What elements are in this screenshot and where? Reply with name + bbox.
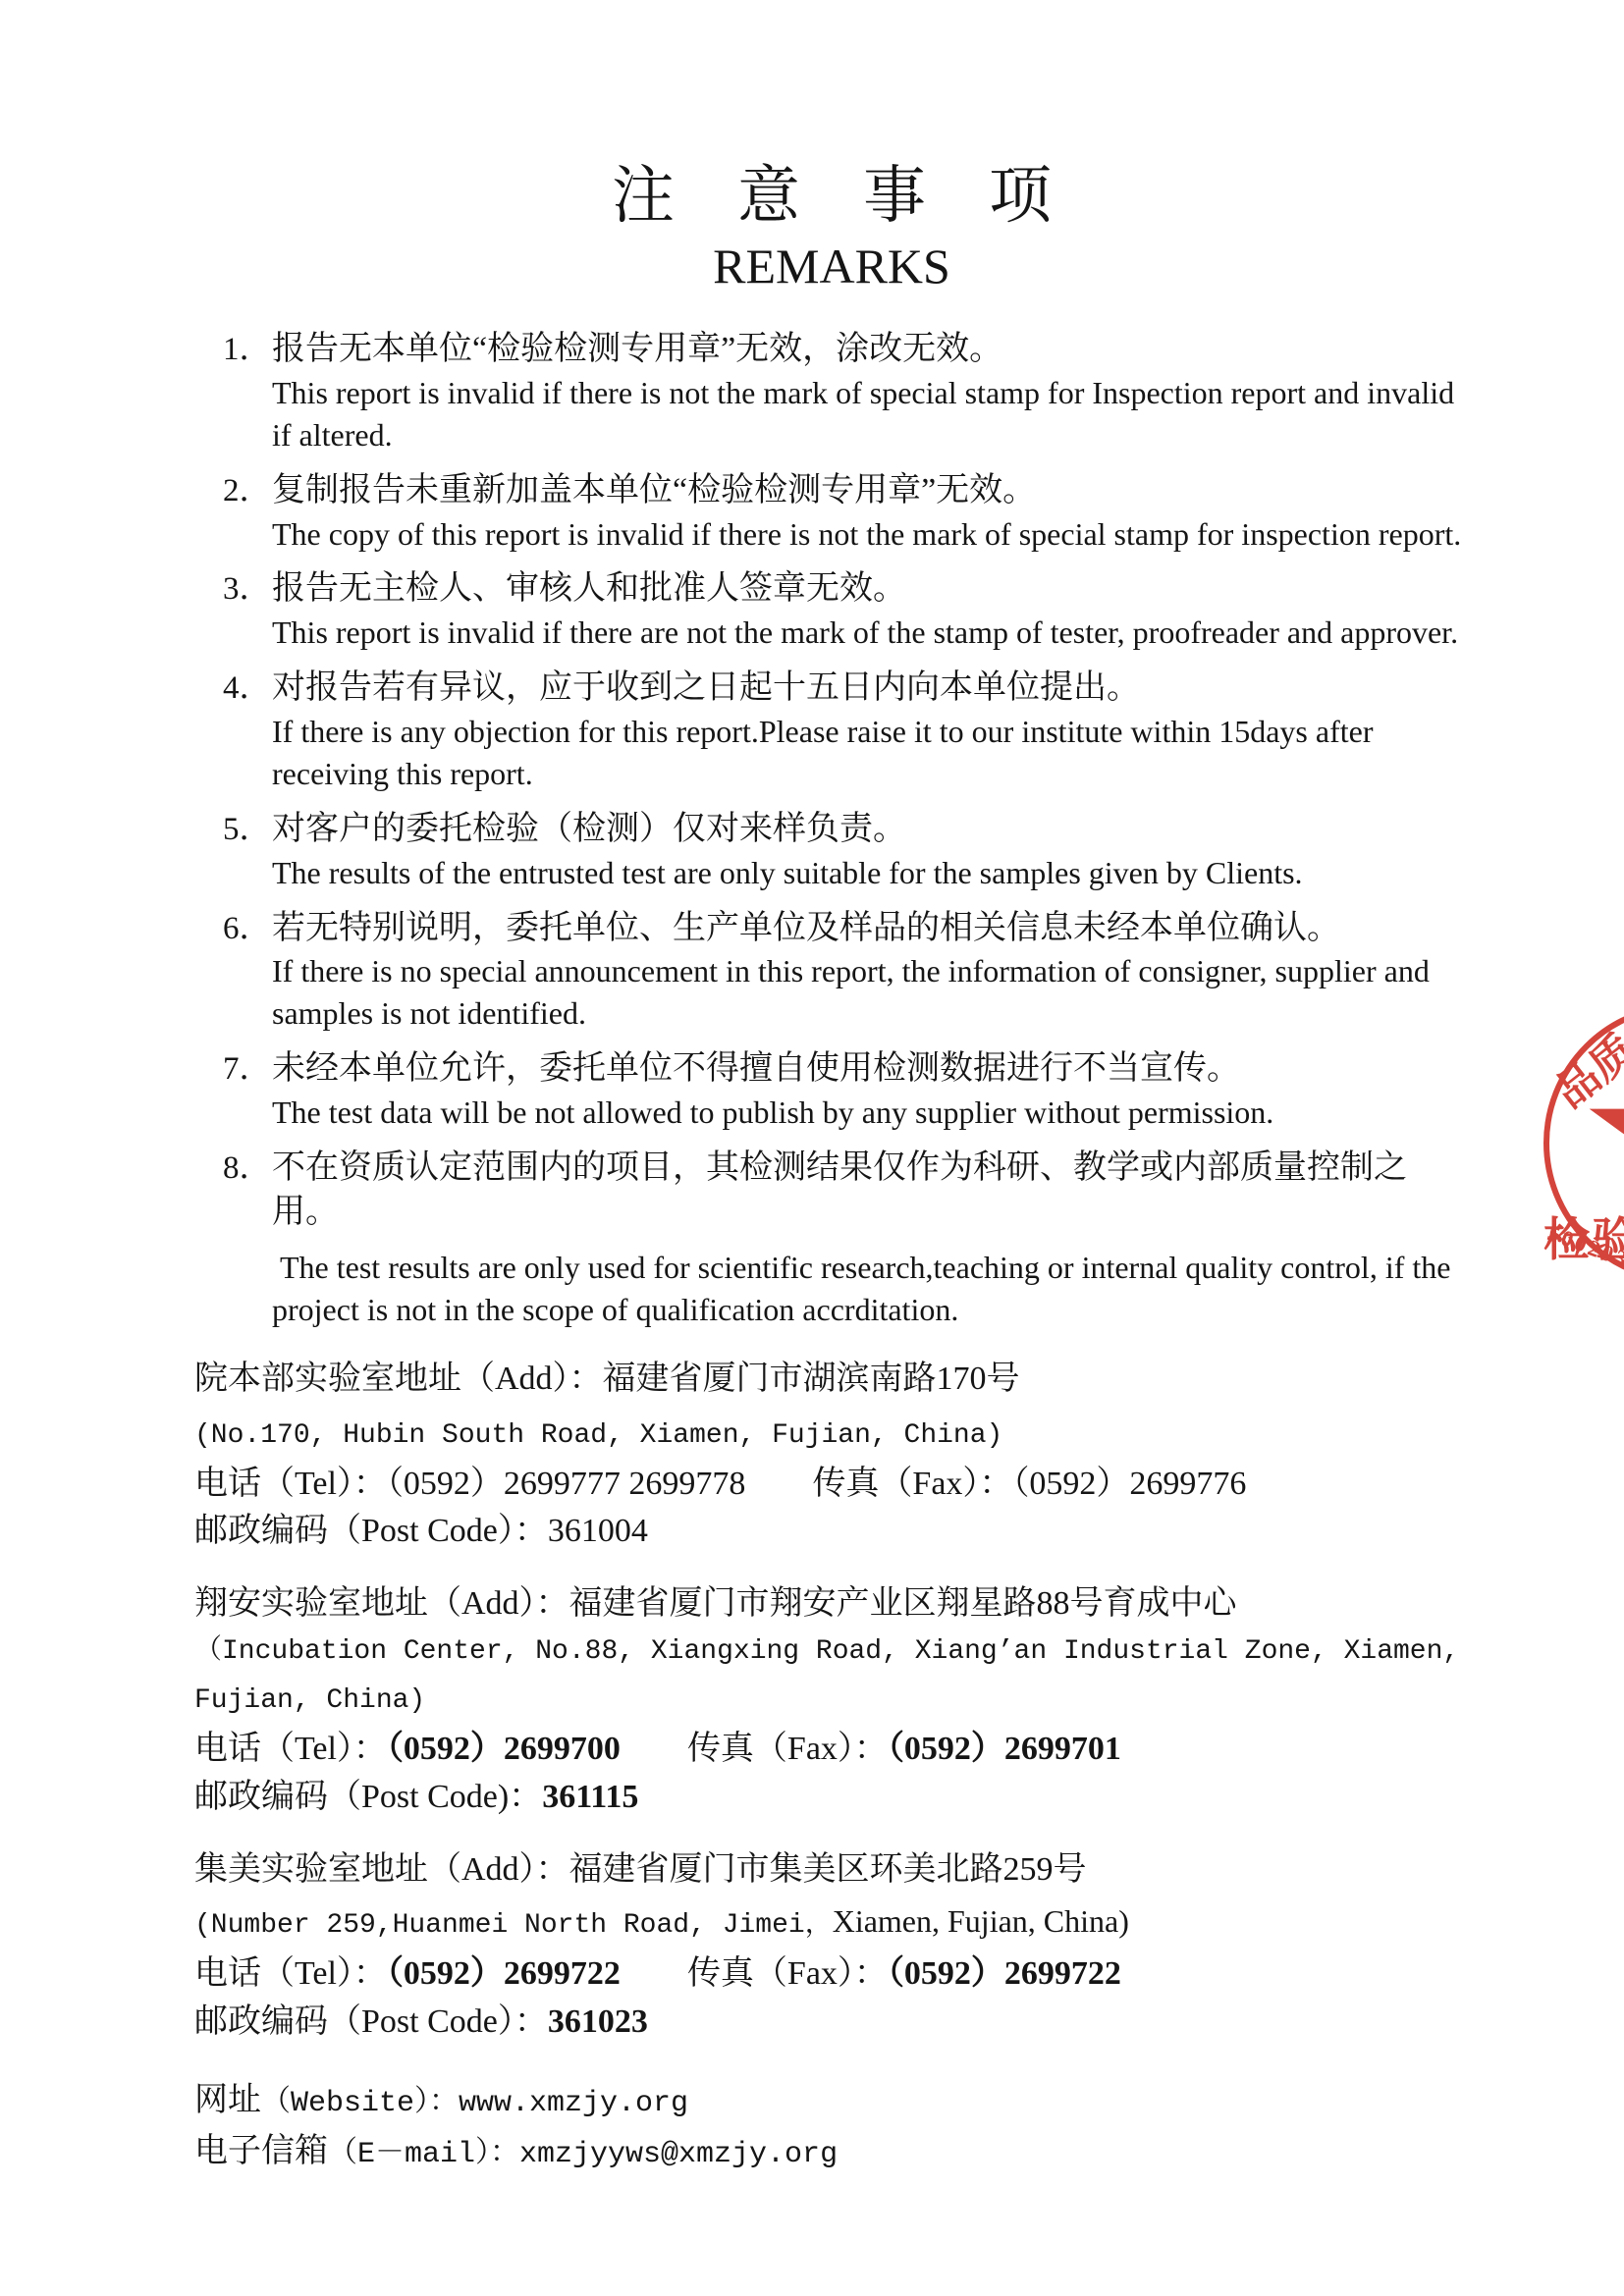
website-value: （Website）：www.xmzjy.org xyxy=(261,2087,688,2120)
website-label: 网址 xyxy=(194,2082,261,2118)
lab-xiangan-fax-value: （0592）2699701 xyxy=(888,1731,1121,1767)
remark-item-7-number: 7． xyxy=(223,1047,272,1134)
remark-item-7: 7． 未经本单位允许，委托单位不得擅自使用检测数据进行不当宣传。 The tes… xyxy=(194,1047,1469,1134)
lab-jimei-tel-fax: 电话（Tel）：（0592）2699722传真（Fax）：（0592）26997… xyxy=(194,1950,1469,1998)
lab-block-xiangan: 翔安实验室地址（Add）：福建省厦门市翔安产业区翔星路88号育成中心 （Incu… xyxy=(194,1580,1469,1821)
remark-item-8-number: 8． xyxy=(223,1147,272,1331)
remark-item-4: 4． 对报告若有异议，应于收到之日起十五日内向本单位提出。 If there i… xyxy=(194,667,1469,795)
remark-item-4-en: If there is any objection for this repor… xyxy=(272,711,1469,795)
remark-item-2-zh: 复制报告未重新加盖本单位“检验检测专用章”无效。 xyxy=(272,469,1469,513)
page-content: 注 意 事 项 REMARKS 1． 报告无本单位“检验检测专用章”无效，涂改无… xyxy=(0,0,1624,2177)
remark-item-8-zh: 不在资质认定范围内的项目，其检测结果仅作为科研、教学或内部质量控制之用。 xyxy=(272,1147,1469,1235)
remark-item-6: 6． 若无特别说明，委托单位、生产单位及样品的相关信息未经本单位确认。 If t… xyxy=(194,907,1469,1036)
remark-item-8-text: 不在资质认定范围内的项目，其检测结果仅作为科研、教学或内部质量控制之用。 The… xyxy=(272,1147,1469,1331)
page-title-zh: 注 意 事 项 xyxy=(194,145,1469,236)
lab-hq-postcode-value: 361004 xyxy=(548,1513,648,1549)
lab-xiangan-postcode-value: 361115 xyxy=(542,1779,638,1815)
lab-hq-address-en-main: (No.170, Hubin South Road, Xiamen, Fujia… xyxy=(194,1420,1002,1451)
contact-block: 网址（Website）：www.xmzjy.org 电子信箱（E－mail）：x… xyxy=(194,2075,1469,2177)
lab-xiangan-address-en-main: （Incubation Center, No.88, Xiangxing Roa… xyxy=(194,1636,1459,1716)
remarks-page: 注 意 事 项 REMARKS 1． 报告无本单位“检验检测专用章”无效，涂改无… xyxy=(0,0,1624,2296)
lab-hq-fax-label: 传真（Fax）： xyxy=(812,1466,1012,1502)
lab-xiangan-tel-value: （0592）2699700 xyxy=(387,1731,621,1767)
lab-xiangan-fax-label: 传真（Fax）： xyxy=(687,1731,888,1767)
lab-jimei-postcode: 邮政编码（Post Code）：361023 xyxy=(194,1999,1469,2046)
remarks-list: 1． 报告无本单位“检验检测专用章”无效，涂改无效。 This report i… xyxy=(194,328,1469,1330)
remark-item-3-zh: 报告无主检人、审核人和批准人签章无效。 xyxy=(272,567,1469,612)
lab-xiangan-tel-fax: 电话（Tel）：（0592）2699700传真（Fax）：（0592）26997… xyxy=(194,1726,1469,1773)
remark-item-5: 5． 对客户的委托检验（检测）仅对来样负责。 The results of th… xyxy=(194,808,1469,894)
lab-xiangan-postcode: 邮政编码（Post Code)：361115 xyxy=(194,1774,1469,1821)
lab-jimei-postcode-label: 邮政编码（Post Code）： xyxy=(194,2003,548,2040)
lab-hq-address-en: (No.170, Hubin South Road, Xiamen, Fujia… xyxy=(194,1408,1469,1457)
lab-xiangan-tel-label: 电话（Tel）： xyxy=(194,1731,387,1767)
remark-item-5-number: 5． xyxy=(223,808,272,894)
lab-jimei-tel-label: 电话（Tel）： xyxy=(194,1955,387,1992)
lab-xiangan-address-en: （Incubation Center, No.88, Xiangxing Roa… xyxy=(194,1631,1469,1722)
remark-item-2-text: 复制报告未重新加盖本单位“检验检测专用章”无效。 The copy of thi… xyxy=(272,469,1469,556)
remark-item-1-text: 报告无本单位“检验检测专用章”无效，涂改无效。 This report is i… xyxy=(272,328,1469,456)
lab-jimei-address-en: (Number 259,Huanmei North Road, Jimei，Xi… xyxy=(194,1897,1469,1947)
lab-jimei-fax-value: （0592）2699722 xyxy=(888,1955,1121,1992)
remark-item-3: 3． 报告无主检人、审核人和批准人签章无效。 This report is in… xyxy=(194,567,1469,654)
lab-hq-tel-fax: 电话（Tel）：（0592）2699777 2699778传真（Fax）：（05… xyxy=(194,1461,1469,1508)
remark-item-1: 1． 报告无本单位“检验检测专用章”无效，涂改无效。 This report i… xyxy=(194,328,1469,456)
remark-item-2-number: 2． xyxy=(223,469,272,556)
lab-xiangan-postcode-label: 邮政编码（Post Code)： xyxy=(194,1779,542,1815)
lab-hq-address-zh: 院本部实验室地址（Add）：福建省厦门市湖滨南路170号 xyxy=(194,1356,1469,1403)
remark-item-6-zh: 若无特别说明，委托单位、生产单位及样品的相关信息未经本单位确认。 xyxy=(272,907,1469,951)
lab-hq-postcode: 邮政编码（Post Code）：361004 xyxy=(194,1508,1469,1555)
inspection-stamp: 品质 ★ 检验检 5002031 xyxy=(1543,1003,1624,1283)
remark-item-1-zh: 报告无本单位“检验检测专用章”无效，涂改无效。 xyxy=(272,328,1469,372)
lab-hq-tel-label: 电话（Tel）： xyxy=(194,1466,387,1502)
remark-item-7-zh: 未经本单位允许，委托单位不得擅自使用检测数据进行不当宣传。 xyxy=(272,1047,1469,1092)
lab-block-headquarters: 院本部实验室地址（Add）：福建省厦门市湖滨南路170号 (No.170, Hu… xyxy=(194,1356,1469,1555)
lab-hq-postcode-label: 邮政编码（Post Code）： xyxy=(194,1513,548,1549)
remark-item-3-number: 3． xyxy=(223,567,272,654)
lab-jimei-address-en-tail: Xiamen, Fujian, China) xyxy=(833,1903,1129,1939)
lab-jimei-tel-value: （0592）2699722 xyxy=(387,1955,621,1992)
lab-hq-tel-value: （0592）2699777 2699778 xyxy=(387,1466,746,1502)
remark-item-1-number: 1． xyxy=(223,328,272,456)
lab-hq-fax-value: （0592）2699776 xyxy=(1012,1466,1246,1502)
remark-item-6-en: If there is no special announcement in t… xyxy=(272,950,1469,1035)
lab-jimei-address-zh: 集美实验室地址（Add）：福建省厦门市集美区环美北路259号 xyxy=(194,1846,1469,1894)
remark-item-4-text: 对报告若有异议，应于收到之日起十五日内向本单位提出。 If there is a… xyxy=(272,667,1469,795)
website-line: 网址（Website）：www.xmzjy.org xyxy=(194,2075,1469,2126)
remark-item-2: 2． 复制报告未重新加盖本单位“检验检测专用章”无效。 The copy of … xyxy=(194,469,1469,556)
remark-item-6-text: 若无特别说明，委托单位、生产单位及样品的相关信息未经本单位确认。 If ther… xyxy=(272,907,1469,1036)
remark-item-5-text: 对客户的委托检验（检测）仅对来样负责。 The results of the e… xyxy=(272,808,1469,894)
remark-item-5-en: The results of the entrusted test are on… xyxy=(272,852,1469,894)
remark-item-4-zh: 对报告若有异议，应于收到之日起十五日内向本单位提出。 xyxy=(272,667,1469,711)
email-label: 电子信箱 xyxy=(194,2133,328,2169)
lab-xiangan-address-zh: 翔安实验室地址（Add）：福建省厦门市翔安产业区翔星路88号育成中心 xyxy=(194,1580,1469,1628)
remark-item-3-en: This report is invalid if there are not … xyxy=(272,612,1469,654)
remark-item-6-number: 6． xyxy=(223,907,272,1036)
lab-jimei-postcode-value: 361023 xyxy=(548,2003,648,2040)
remark-item-5-zh: 对客户的委托检验（检测）仅对来样负责。 xyxy=(272,808,1469,852)
remark-item-8: 8． 不在资质认定范围内的项目，其检测结果仅作为科研、教学或内部质量控制之用。 … xyxy=(194,1147,1469,1331)
remark-item-7-text: 未经本单位允许，委托单位不得擅自使用检测数据进行不当宣传。 The test d… xyxy=(272,1047,1469,1134)
email-line: 电子信箱（E－mail）：xmzjyyws@xmzjy.org xyxy=(194,2126,1469,2177)
lab-jimei-fax-label: 传真（Fax）： xyxy=(687,1955,888,1992)
remark-item-4-number: 4． xyxy=(223,667,272,795)
laboratory-addresses: 院本部实验室地址（Add）：福建省厦门市湖滨南路170号 (No.170, Hu… xyxy=(194,1356,1469,2045)
remark-item-7-en: The test data will be not allowed to pub… xyxy=(272,1092,1469,1134)
lab-jimei-address-en-main: (Number 259,Huanmei North Road, Jimei， xyxy=(194,1910,833,1941)
remark-item-3-text: 报告无主检人、审核人和批准人签章无效。 This report is inval… xyxy=(272,567,1469,654)
lab-block-jimei: 集美实验室地址（Add）：福建省厦门市集美区环美北路259号 (Number 2… xyxy=(194,1846,1469,2046)
remark-item-8-en: The test results are only used for scien… xyxy=(272,1247,1469,1331)
remark-item-2-en: The copy of this report is invalid if th… xyxy=(272,513,1469,556)
remark-item-1-en: This report is invalid if there is not t… xyxy=(272,372,1469,456)
email-value: （E－mail）：xmzjyyws@xmzjy.org xyxy=(328,2138,838,2171)
page-title-en: REMARKS xyxy=(194,238,1469,294)
